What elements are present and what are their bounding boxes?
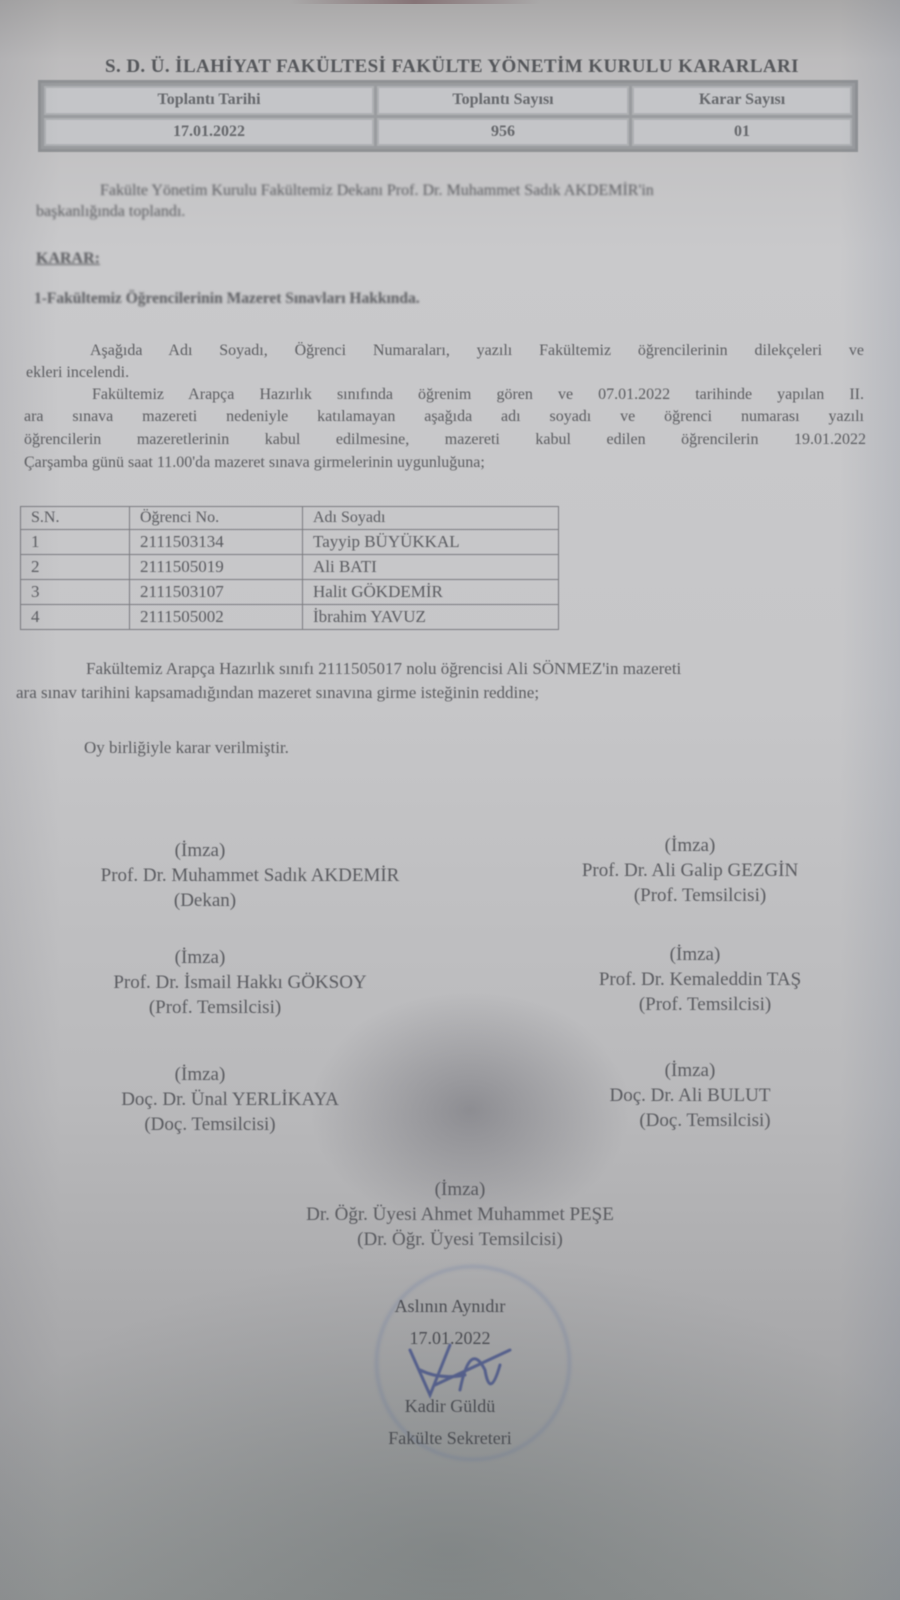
signatory-name: Doç. Dr. Ünal YERLİKAYA <box>20 1087 440 1112</box>
column-header-sn: S.N. <box>21 507 130 530</box>
signatory-name: Dr. Öğr. Üyesi Ahmet Muhammet PEŞE <box>230 1202 690 1227</box>
cell-sn: 3 <box>21 580 130 605</box>
decision-item-title: 1-Fakültemiz Öğrencilerinin Mazeret Sına… <box>34 290 420 308</box>
signatory-prof-rep-3: (İmza) Prof. Dr. Kemaleddin TAŞ (Prof. T… <box>520 942 860 1017</box>
signatory-dean: (İmza) Prof. Dr. Muhammet Sadık AKDEMİR … <box>50 838 450 913</box>
secretary-title: Fakülte Sekreteri <box>300 1428 600 1449</box>
paragraph-3-line-1: Fakültemiz Arapça Hazırlık sınıfı 211150… <box>86 658 681 679</box>
cell-student-no: 2111505002 <box>130 605 303 630</box>
table-row: 3 2111503107 Halit GÖKDEMİR <box>21 580 559 605</box>
decision-number-header: Karar Sayısı <box>632 86 852 115</box>
column-header-student-no: Öğrenci No. <box>130 507 303 530</box>
paragraph-1-line-2: ekleri incelendi. <box>26 362 129 383</box>
signatory-role: (Dr. Öğr. Üyesi Temsilcisi) <box>230 1227 690 1252</box>
closing-statement: Oy birliğiyle karar verilmiştir. <box>84 737 289 758</box>
signatory-name: Prof. Dr. Kemaleddin TAŞ <box>540 967 860 992</box>
cell-sn: 2 <box>21 555 130 580</box>
paragraph-2-line-2: ara sınava mazereti nedeniyle katılamaya… <box>24 406 864 427</box>
intro-line-2: başkanlığında toplandı. <box>36 201 185 222</box>
cell-sn: 4 <box>21 605 130 630</box>
meeting-number-header: Toplantı Sayısı <box>377 86 629 115</box>
cell-name: Ali BATI <box>303 555 559 580</box>
signatory-doc-rep-2: (İmza) Doç. Dr. Ali BULUT (Doç. Temsilci… <box>510 1058 850 1133</box>
signatory-role: (Doç. Temsilcisi) <box>40 1112 380 1137</box>
column-header-name: Adı Soyadı <box>303 507 559 530</box>
cell-student-no: 2111503134 <box>130 530 303 555</box>
cell-sn: 1 <box>21 530 130 555</box>
table-row: 1 2111503134 Tayyip BÜYÜKKAL <box>21 530 559 555</box>
signatory-prof-rep-1: (İmza) Prof. Dr. Ali Galip GEZGİN (Prof.… <box>520 833 860 908</box>
certified-copy-text: Aslının Aynıdır <box>300 1296 600 1317</box>
signature-placeholder: (İmza) <box>50 945 350 970</box>
meeting-date-value: 17.01.2022 <box>44 118 374 147</box>
signatory-role: (Doç. Temsilcisi) <box>560 1108 850 1133</box>
table-row: 2 2111505019 Ali BATI <box>21 555 559 580</box>
signature-placeholder: (İmza) <box>50 838 350 863</box>
document-title: S. D. Ü. İLAHİYAT FAKÜLTESİ FAKÜLTE YÖNE… <box>42 56 862 78</box>
intro-line-1: Fakülte Yönetim Kurulu Fakültemiz Dekanı… <box>100 180 852 201</box>
paragraph-1-line-1: Aşağıda Adı Soyadı, Öğrenci Numaraları, … <box>90 340 864 361</box>
paragraph-2-line-3: öğrencilerin mazeretlerinin kabul edilme… <box>24 429 866 450</box>
signature-placeholder: (İmza) <box>230 1177 690 1202</box>
secretary-name: Kadir Güldü <box>300 1396 600 1417</box>
signatory-doc-rep-1: (İmza) Doç. Dr. Ünal YERLİKAYA (Doç. Tem… <box>40 1062 440 1137</box>
meeting-number-value: 956 <box>377 118 629 147</box>
signature-placeholder: (İmza) <box>520 833 860 858</box>
students-table: S.N. Öğrenci No. Adı Soyadı 1 2111503134… <box>20 506 559 630</box>
page-top-edge-shadow <box>290 0 540 4</box>
signature-placeholder: (İmza) <box>530 942 860 967</box>
signatory-name: Prof. Dr. Muhammet Sadık AKDEMİR <box>50 863 450 888</box>
signatory-name: Prof. Dr. Ali Galip GEZGİN <box>520 858 860 883</box>
signatory-prof-rep-2: (İmza) Prof. Dr. İsmail Hakkı GÖKSOY (Pr… <box>50 945 450 1020</box>
signature-placeholder: (İmza) <box>40 1062 360 1087</box>
table-row: 4 2111505002 İbrahim YAVUZ <box>21 605 559 630</box>
meeting-info-table: Toplantı Tarihi Toplantı Sayısı Karar Sa… <box>38 80 858 152</box>
students-table-header-row: S.N. Öğrenci No. Adı Soyadı <box>21 507 559 530</box>
signatory-role: (Prof. Temsilcisi) <box>550 992 860 1017</box>
paragraph-2-line-4: Çarşamba günü saat 11.00'da mazeret sına… <box>24 452 485 473</box>
decision-number-value: 01 <box>632 118 852 147</box>
decision-label: KARAR: <box>36 250 100 268</box>
cell-name: Halit GÖKDEMİR <box>303 580 559 605</box>
cell-name: Tayyip BÜYÜKKAL <box>303 530 559 555</box>
paragraph-3-line-2: ara sınav tarihini kapsamadığından mazer… <box>16 682 539 703</box>
cell-name: İbrahim YAVUZ <box>303 605 559 630</box>
cell-student-no: 2111503107 <box>130 580 303 605</box>
paragraph-2-line-1: Fakültemiz Arapça Hazırlık sınıfında öğr… <box>92 384 864 405</box>
signatory-name: Doç. Dr. Ali BULUT <box>530 1083 850 1108</box>
signatory-dr-rep: (İmza) Dr. Öğr. Üyesi Ahmet Muhammet PEŞ… <box>230 1177 690 1252</box>
cell-student-no: 2111505019 <box>130 555 303 580</box>
meeting-date-header: Toplantı Tarihi <box>44 86 374 115</box>
signatory-role: (Dekan) <box>50 888 360 913</box>
signatory-role: (Prof. Temsilcisi) <box>540 883 860 908</box>
signatory-role: (Prof. Temsilcisi) <box>50 995 380 1020</box>
signatory-name: Prof. Dr. İsmail Hakkı GÖKSOY <box>30 970 450 995</box>
signature-placeholder: (İmza) <box>530 1058 850 1083</box>
